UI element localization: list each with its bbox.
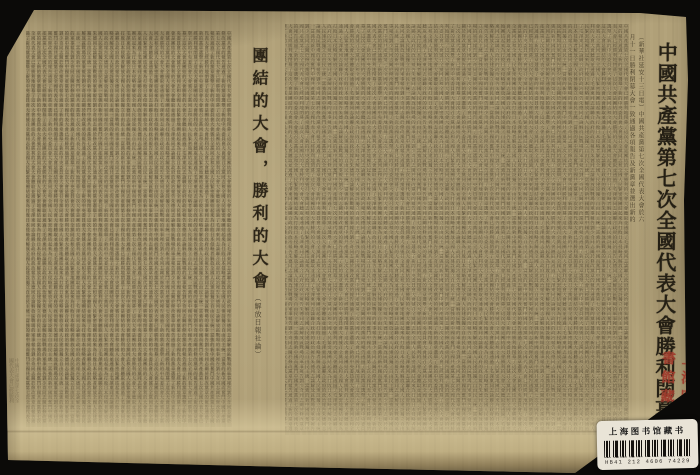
newspaper-page: 中國共產黨第七次全國代表大會已經勝利地閉幕了這次大會是團結的大會勝利的大會大會聽… <box>0 0 700 475</box>
body-text-right-block: 中國共產黨第七次全國代表大會已經勝利地閉幕了這次大會是團結的大會勝利的大會大會聽… <box>285 24 629 435</box>
editorial-headline-column: 團結的大會，勝利的大會（解放日報社論） <box>233 47 284 365</box>
library-seal-stamp: 上海圖 書館藏 <box>653 350 697 421</box>
margin-marks: 中國共產黨第七次全國代表大會已經勝利地閉幕了這次大會 <box>8 358 19 406</box>
editorial-headline-text: 團結的大會，勝利的大會 <box>250 47 267 295</box>
editorial-byline: （解放日報社論） <box>254 295 262 359</box>
fold-crease <box>0 430 700 433</box>
scan-background: 中國共產黨第七次全國代表大會已經勝利地閉幕了這次大會是團結的大會勝利的大會大會聽… <box>0 0 700 475</box>
library-barcode-label: 上海图书馆藏书 HB41 212 4606 74229 <box>596 419 698 470</box>
label-title: 上海图书馆藏书 <box>597 424 698 438</box>
barcode-number: HB41 212 4606 74229 <box>597 457 698 466</box>
dateline-column: （新華社延安十三日電）中國共產黨第七次全國代表大會於六月十一日勝利閉幕大會一致通… <box>626 34 644 229</box>
body-text-left-block: 中國共產黨第七次全國代表大會已經勝利地閉幕了這次大會是團結的大會勝利的大會大會聽… <box>26 31 232 427</box>
barcode-icon <box>604 439 691 458</box>
